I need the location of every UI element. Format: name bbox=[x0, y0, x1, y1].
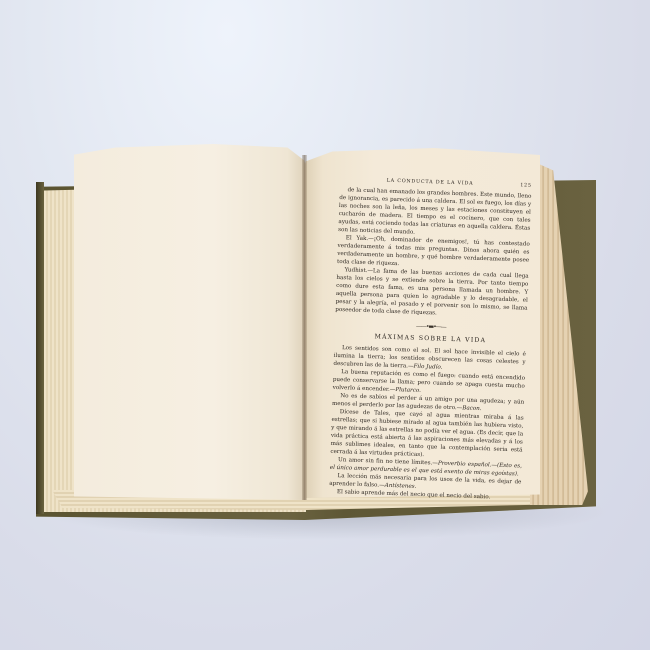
maxim: Dícese de Tales, que cayó al agua mientr… bbox=[330, 408, 524, 463]
paragraph: de la cual han emanado los grandes hombr… bbox=[338, 186, 532, 241]
paragraph: Yudhist.—La fama de las buenas acciones … bbox=[335, 266, 529, 321]
left-page-blank bbox=[74, 144, 306, 500]
book-gutter bbox=[302, 155, 307, 500]
photo-scene: LA CONDUCTA DE LA VIDA 125 de la cual ha… bbox=[0, 0, 650, 650]
page-number: 125 bbox=[520, 182, 532, 190]
right-page-text: LA CONDUCTA DE LA VIDA 125 de la cual ha… bbox=[329, 176, 532, 503]
cover-edge bbox=[36, 182, 44, 514]
